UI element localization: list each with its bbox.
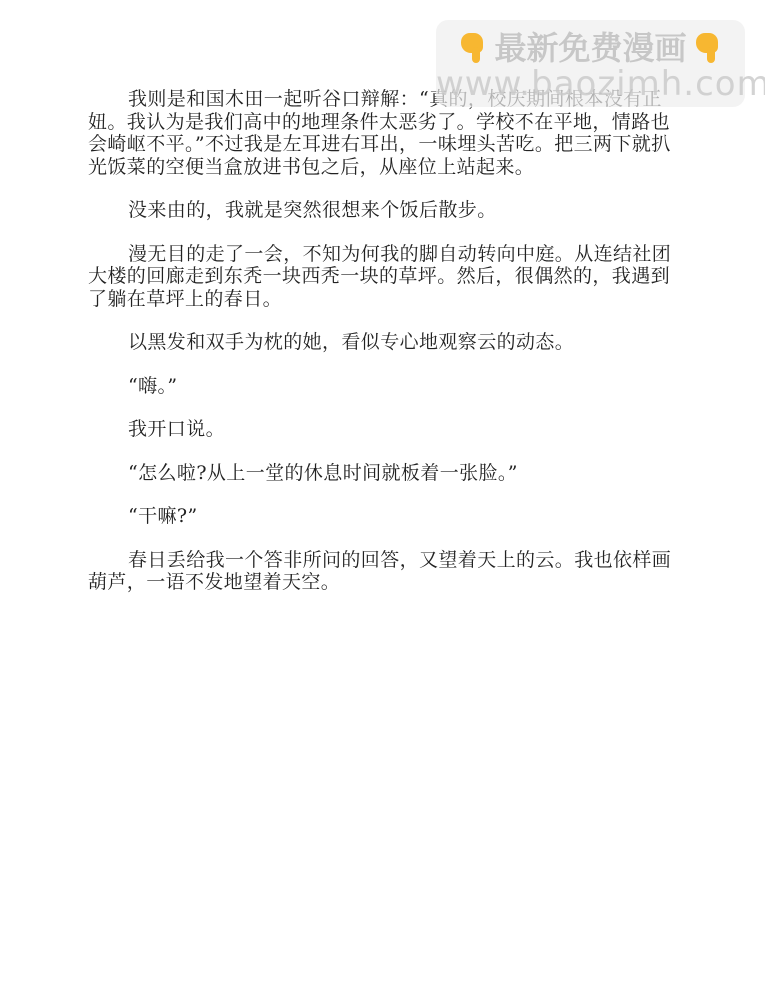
paragraph-7: “怎么啦?从上一堂的休息时间就板着一张脸。”	[88, 462, 672, 485]
document-page: 我则是和国木田一起听谷口辩解：“真的，校庆期间根本没有正妞。我认为是我们高中的地…	[88, 88, 672, 615]
paragraph-3: 漫无目的走了一会，不知为何我的脚自动转向中庭。从连结社团大楼的回廊走到东秃一块西…	[88, 243, 672, 311]
paragraph-2: 没来由的，我就是突然很想来个饭后散步。	[88, 199, 672, 222]
paragraph-6: 我开口说。	[88, 418, 672, 441]
watermark-title-row: 最新免费漫画	[436, 28, 745, 68]
watermark-title: 最新免费漫画	[494, 28, 686, 68]
pointing-down-hand-icon	[458, 31, 488, 65]
paragraph-1: 我则是和国木田一起听谷口辩解：“真的，校庆期间根本没有正妞。我认为是我们高中的地…	[88, 88, 672, 178]
paragraph-4: 以黑发和双手为枕的她，看似专心地观察云的动态。	[88, 331, 672, 354]
paragraph-8: “干嘛?”	[88, 505, 672, 528]
paragraph-5: “嗨。”	[88, 375, 672, 398]
pointing-down-hand-icon	[693, 31, 723, 65]
paragraph-9: 春日丢给我一个答非所问的回答，又望着天上的云。我也依样画葫芦，一语不发地望着天空…	[88, 549, 672, 594]
